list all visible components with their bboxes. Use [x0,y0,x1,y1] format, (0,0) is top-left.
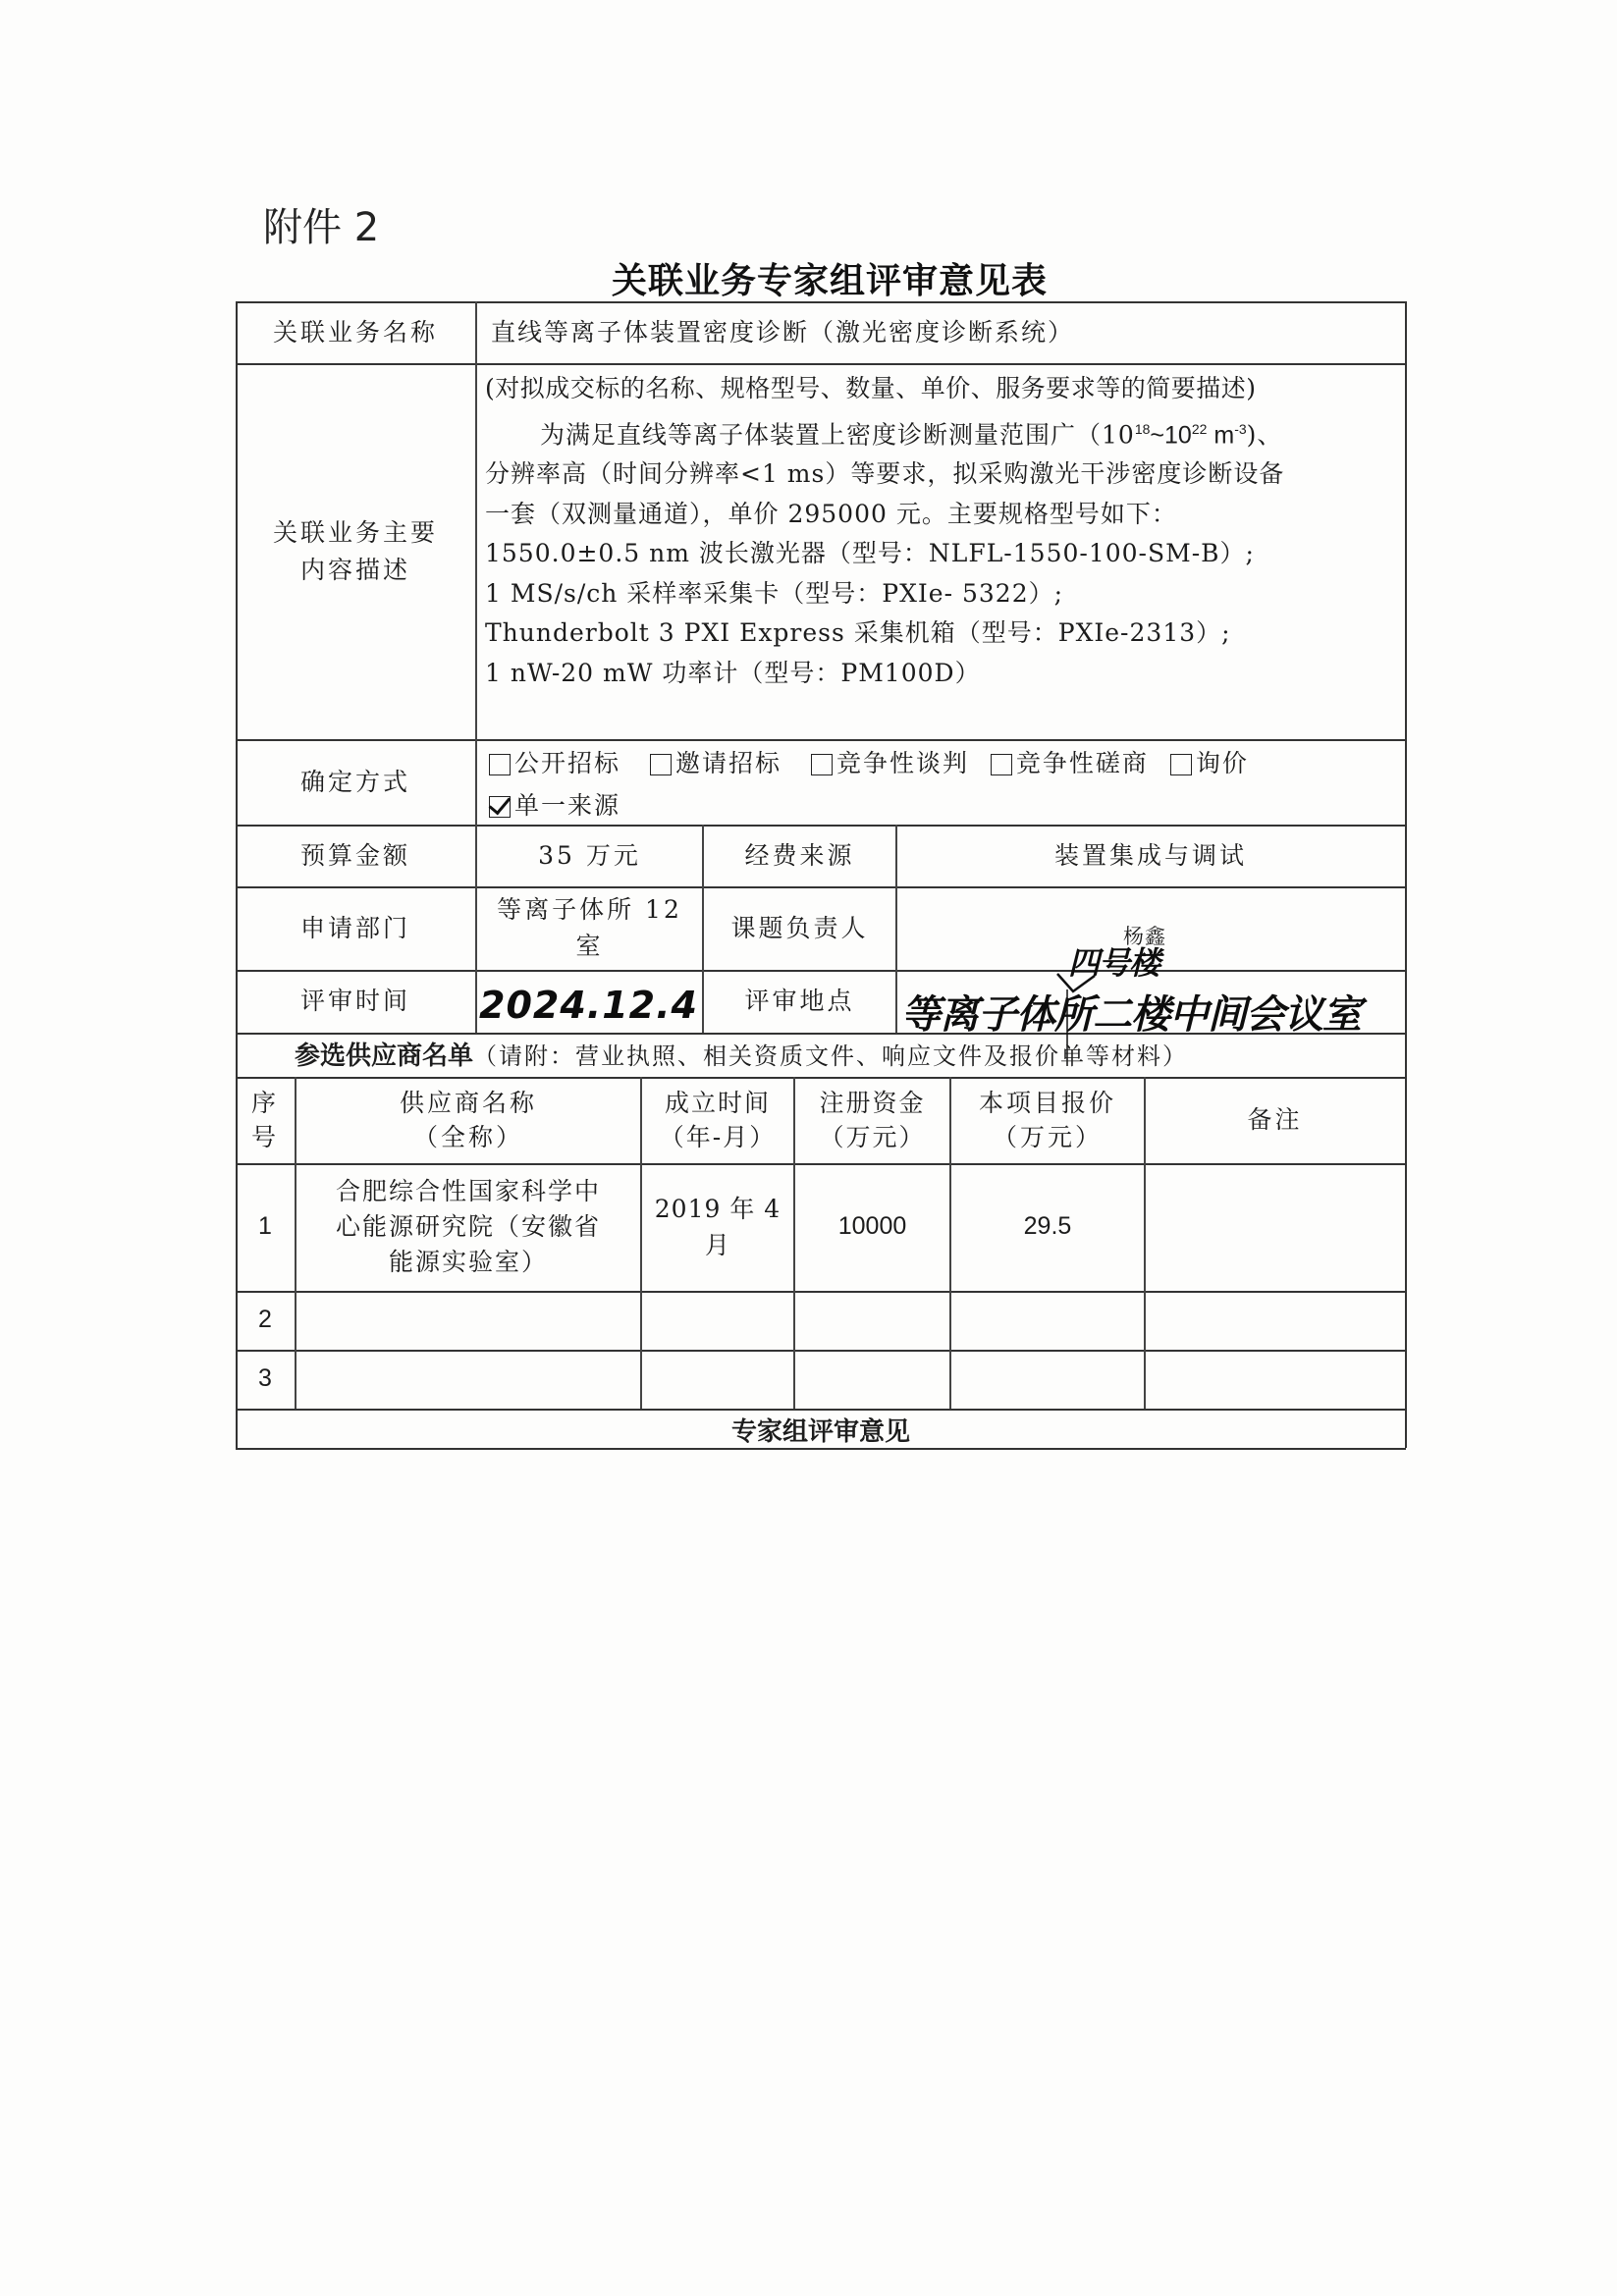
attachment-label: 附件 2 [263,196,379,252]
checkbox-icon [1170,754,1192,775]
founded-date[interactable] [642,1350,793,1409]
department-value: 等离子体所 12 室 [477,886,702,970]
description-content: (对拟成交标的名称、规格型号、数量、单价、服务要求等的简要描述) 为满足直线等离… [485,369,1404,693]
department-label: 申请部门 [236,886,475,970]
row-no: 2 [236,1291,295,1350]
checkbox-icon [811,754,833,775]
form-title: 关联业务专家组评审意见表 [0,253,1617,303]
checkbox-icon [650,754,672,775]
quote-price[interactable] [951,1291,1144,1350]
checkbox-competitive-consultation[interactable]: 竞争性磋商 [991,744,1149,783]
description-label-line2: 内容描述 [300,552,410,589]
founded-date[interactable] [642,1291,793,1350]
supplier-name: 合肥综合性国家科学中 心能源研究院（安徽省 能源实验室） [296,1163,640,1291]
spec-item: 1 nW-20 mW 功率计（型号：PM100D） [485,654,1404,694]
fund-source-label: 经费来源 [704,825,895,886]
description-line-1: 为满足直线等离子体装置上密度诊断测量范围广（1018~1022 m-3)、 [485,409,1404,455]
remark[interactable] [1146,1291,1404,1350]
supplier-list-heading: 参选供应商名单（请附：营业执照、相关资质文件、响应文件及报价单等材料） [295,1036,1188,1072]
checkbox-icon [991,754,1012,775]
checkbox-competitive-negotiation[interactable]: 竞争性谈判 [811,744,969,783]
registered-capital: 10000 [795,1163,949,1291]
review-place-value: 等离子体所二楼中间会议室 [901,984,1361,1040]
budget-label: 预算金额 [236,825,475,886]
col-header-quote: 本项目报价（万元） [951,1077,1144,1163]
row-divider [236,1409,1406,1411]
quote-price: 29.5 [951,1163,1144,1291]
row-no: 1 [236,1163,295,1291]
checked-checkbox-icon [489,796,511,818]
checkbox-open-tender[interactable]: 公开招标 [489,744,620,783]
col-header-supplier-name: 供应商名称（全称） [296,1077,640,1163]
description-label-line1: 关联业务主要 [273,514,438,552]
supplier-name[interactable] [296,1291,640,1350]
table-border-bottom [236,1448,1406,1450]
project-leader-label: 课题负责人 [704,886,895,970]
col-header-capital: 注册资金（万元） [795,1077,949,1163]
review-time-value: 2024.12.4 [479,984,698,1027]
col-header-founded: 成立时间（年-月） [642,1077,793,1163]
description-line-3: 一套（双测量通道），单价 295000 元。主要规格型号如下： [485,495,1404,535]
remark[interactable] [1146,1350,1404,1409]
budget-value: 35 万元 [477,825,702,886]
method-options: 公开招标 邀请招标 竞争性谈判 竞争性磋商 询价 单一来源 [489,744,1392,828]
founded-date: 2019 年 4 月 [642,1163,793,1291]
registered-capital[interactable] [795,1350,949,1409]
supplier-name[interactable] [296,1350,640,1409]
table-border-right [1405,301,1407,1448]
checkbox-inquiry[interactable]: 询价 [1170,744,1249,783]
review-time-label: 评审时间 [236,970,475,1033]
fund-source-value: 装置集成与调试 [897,825,1404,886]
spec-item: 1550.0±0.5 nm 波长激光器（型号：NLFL-1550-100-SM-… [485,534,1404,574]
description-label: 关联业务主要 内容描述 [236,363,475,739]
expert-opinion-heading: 专家组评审意见 [236,1412,1406,1447]
checkbox-icon [489,754,511,775]
method-label: 确定方式 [236,739,475,825]
quote-price[interactable] [951,1350,1144,1409]
business-name-value: 直线等离子体装置密度诊断（激光密度诊断系统） [477,301,1404,363]
registered-capital[interactable] [795,1291,949,1350]
remark [1146,1163,1404,1291]
col-header-remark: 备注 [1146,1077,1404,1163]
business-name-label: 关联业务名称 [236,301,475,363]
checkbox-single-source[interactable]: 单一来源 [489,786,620,826]
spec-item: 1 MS/s/ch 采样率采集卡（型号：PXIe- 5322）; [485,574,1404,614]
description-hint: (对拟成交标的名称、规格型号、数量、单价、服务要求等的简要描述) [485,369,1404,409]
row-no: 3 [236,1350,295,1409]
checkbox-invited-tender[interactable]: 邀请招标 [650,744,782,783]
description-line-2: 分辨率高（时间分辨率<1 ms）等要求，拟采购激光干涉密度诊断设备 [485,454,1404,495]
review-place-label: 评审地点 [704,970,895,1033]
col-header-no: 序号 [236,1077,295,1163]
spec-item: Thunderbolt 3 PXI Express 采集机箱（型号：PXIe-2… [485,614,1404,654]
